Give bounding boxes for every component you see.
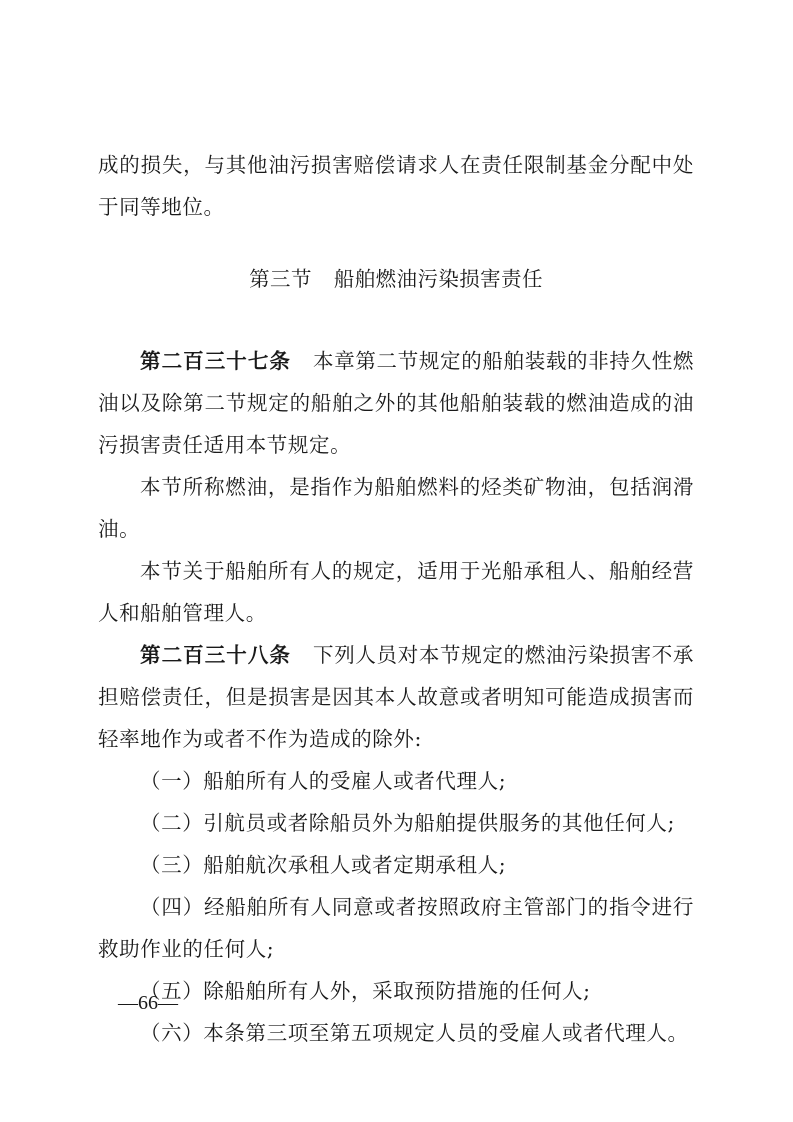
section-number: 第三节 [249,267,312,291]
article-238: 第二百三十八条下列人员对本节规定的燃油污染损害不承担赔偿责任，但是损害是因其本人… [98,634,694,1054]
article-237: 第二百三十七条本章第二节规定的船舶装载的非持久性燃油以及除第二节规定的船舶之外的… [98,340,694,634]
list-item: （一）船舶所有人的受雇人或者代理人; [98,760,694,802]
article-number: 第二百三十八条 [140,643,291,667]
list-item: （四）经船舶所有人同意或者按照政府主管部门的指令进行救助作业的任何人; [98,886,694,970]
list-item: （五）除船舶所有人外，采取预防措施的任何人; [98,970,694,1012]
section-title: 船舶燃油污染损害责任 [334,267,543,291]
article-paragraph: 本节所称燃油，是指作为船舶燃料的烃类矿物油，包括润滑油。 [98,466,694,550]
article-paragraph: 第二百三十七条本章第二节规定的船舶装载的非持久性燃油以及除第二节规定的船舶之外的… [98,340,694,466]
list-item: （二）引航员或者除船员外为船舶提供服务的其他任何人; [98,802,694,844]
article-paragraph: 第二百三十八条下列人员对本节规定的燃油污染损害不承担赔偿责任，但是损害是因其本人… [98,634,694,760]
article-number: 第二百三十七条 [140,349,291,373]
section-heading: 第三节船舶燃油污染损害责任 [98,258,694,300]
page-number: —66— [118,992,178,1015]
document-page: 成的损失，与其他油污损害赔偿请求人在责任限制基金分配中处于同等地位。 第三节船舶… [98,144,694,1054]
article-paragraph: 本节关于船舶所有人的规定，适用于光船承租人、船舶经营人和船舶管理人。 [98,550,694,634]
continuation-paragraph: 成的损失，与其他油污损害赔偿请求人在责任限制基金分配中处于同等地位。 [98,144,694,228]
list-item: （六）本条第三项至第五项规定人员的受雇人或者代理人。 [98,1012,694,1054]
list-item: （三）船舶航次承租人或者定期承租人; [98,844,694,886]
